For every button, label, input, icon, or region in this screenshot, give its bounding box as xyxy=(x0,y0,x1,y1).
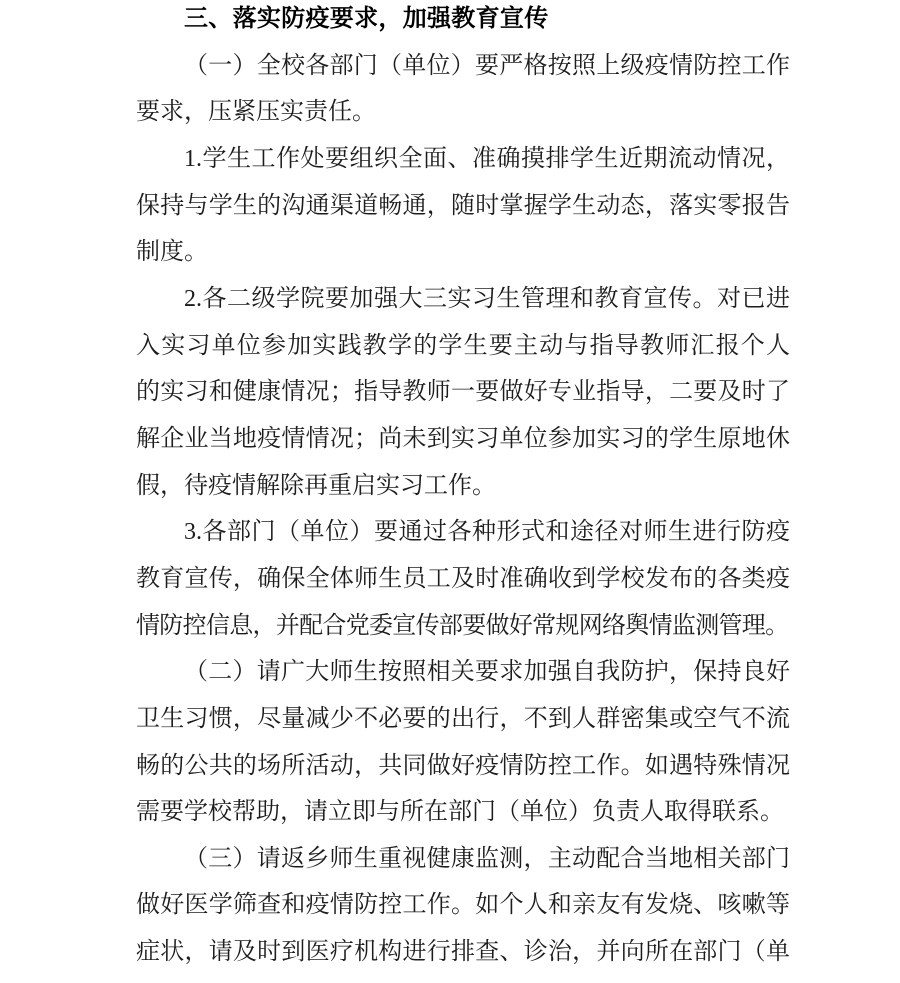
text-line: 的实习和健康情况；指导教师一要做好专业指导，二要及时了 xyxy=(136,369,790,416)
text-line: 1.学生工作处要组织全面、准确摸排学生近期流动情况， xyxy=(136,136,790,183)
paragraph: （二）请广大师生按照相关要求加强自我防护，保持良好卫生习惯，尽量减少不必要的出行… xyxy=(136,649,790,836)
text-line: 保持与学生的沟通渠道畅通，随时掌握学生动态，落实零报告 xyxy=(136,183,790,230)
paragraph: 1.学生工作处要组织全面、准确摸排学生近期流动情况，保持与学生的沟通渠道畅通，随… xyxy=(136,136,790,276)
text-line: 教育宣传，确保全体师生员工及时准确收到学校发布的各类疫 xyxy=(136,556,790,603)
text-line: 情防控信息，并配合党委宣传部要做好常规网络舆情监测管理。 xyxy=(136,603,790,650)
text-line: 假，待疫情解除再重启实习工作。 xyxy=(136,463,790,510)
text-line: 2.各二级学院要加强大三实习生管理和教育宣传。对已进 xyxy=(136,276,790,323)
paragraph: （一）全校各部门（单位）要严格按照上级疫情防控工作要求，压紧压实责任。 xyxy=(136,43,790,136)
text-line: 入实习单位参加实践教学的学生要主动与指导教师汇报个人 xyxy=(136,323,790,370)
text-line: 卫生习惯，尽量减少不必要的出行，不到人群密集或空气不流 xyxy=(136,696,790,743)
text-line: （一）全校各部门（单位）要严格按照上级疫情防控工作 xyxy=(136,43,790,90)
paragraph: （三）请返乡师生重视健康监测，主动配合当地相关部门做好医学筛查和疫情防控工作。如… xyxy=(136,836,790,976)
text-line: 症状，请及时到医疗机构进行排查、诊治，并向所在部门（单 xyxy=(136,929,790,976)
text-line: （三）请返乡师生重视健康监测，主动配合当地相关部门 xyxy=(136,836,790,883)
text-line: 做好医学筛查和疫情防控工作。如个人和亲友有发烧、咳嗽等 xyxy=(136,882,790,929)
text-line: 需要学校帮助，请立即与所在部门（单位）负责人取得联系。 xyxy=(136,789,790,836)
text-line: 要求，压紧压实责任。 xyxy=(136,89,790,136)
section-heading: 三、落实防疫要求，加强教育宣传 xyxy=(136,0,790,43)
document-content: 三、落实防疫要求，加强教育宣传 （一）全校各部门（单位）要严格按照上级疫情防控工… xyxy=(136,0,790,976)
text-line: 3.各部门（单位）要通过各种形式和途径对师生进行防疫 xyxy=(136,509,790,556)
document-page: 三、落实防疫要求，加强教育宣传 （一）全校各部门（单位）要严格按照上级疫情防控工… xyxy=(0,0,900,983)
text-line: 解企业当地疫情情况；尚未到实习单位参加实习的学生原地休 xyxy=(136,416,790,463)
text-line: （二）请广大师生按照相关要求加强自我防护，保持良好 xyxy=(136,649,790,696)
text-line: 制度。 xyxy=(136,229,790,276)
paragraph: 2.各二级学院要加强大三实习生管理和教育宣传。对已进入实习单位参加实践教学的学生… xyxy=(136,276,790,509)
paragraphs-container: （一）全校各部门（单位）要严格按照上级疫情防控工作要求，压紧压实责任。1.学生工… xyxy=(136,43,790,976)
paragraph: 3.各部门（单位）要通过各种形式和途径对师生进行防疫教育宣传，确保全体师生员工及… xyxy=(136,509,790,649)
text-line: 畅的公共的场所活动，共同做好疫情防控工作。如遇特殊情况 xyxy=(136,743,790,790)
